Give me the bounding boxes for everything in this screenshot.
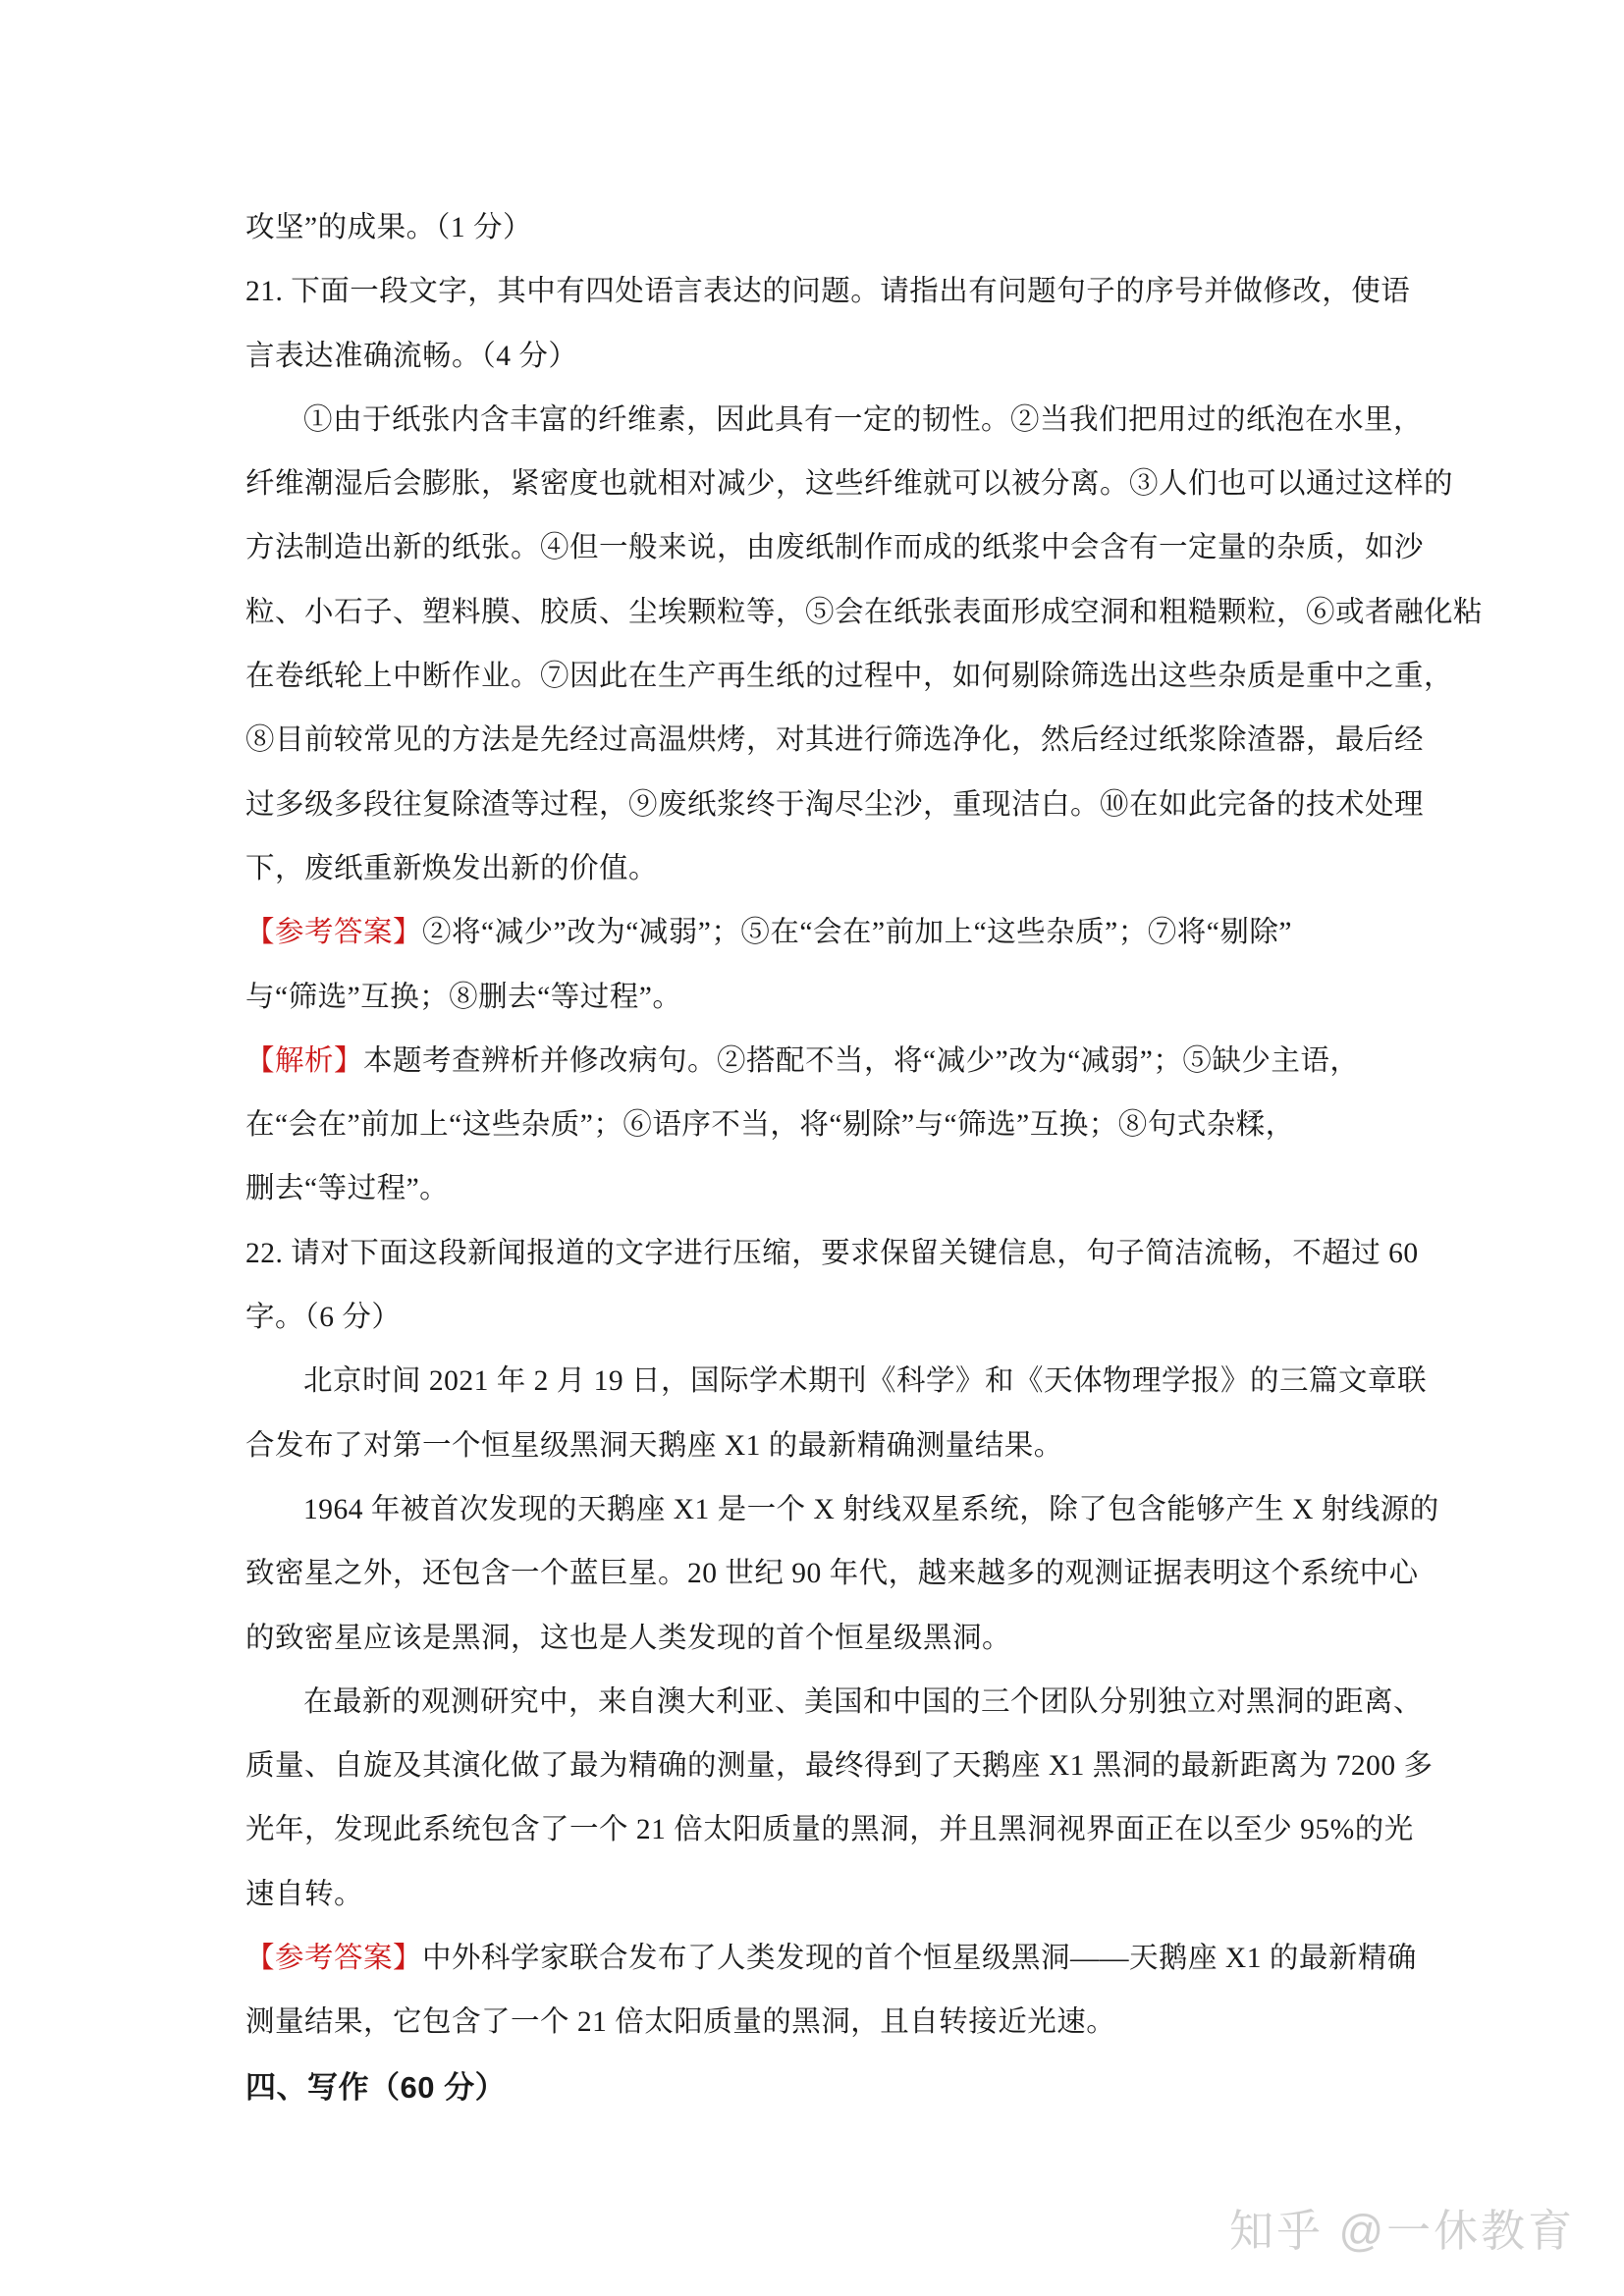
line-text: 在最新的观测研究中，来自澳大利亚、美国和中国的三个团队分别独立对黑洞的距离、 <box>303 1686 1423 1718</box>
text-line: ⑧目前较常见的方法是先经过高温烘烤，对其进行筛选净化，然后经过纸浆除渣器，最后经 <box>245 709 1438 773</box>
text-line: 方法制造出新的纸张。④但一般来说，由废纸制作而成的纸浆中会含有一定量的杂质，如沙 <box>245 516 1438 580</box>
text-line: 【参考答案】②将“减少”改为“减弱”；⑤在“会在”前加上“这些杂质”；⑦将“剔除… <box>245 901 1438 965</box>
line-text: 速自转。 <box>245 1879 363 1910</box>
text-line: 与“筛选”互换；⑧删去“等过程”。 <box>245 966 1438 1030</box>
text-line: 1964 年被首次发现的天鹅座 X1 是一个 X 射线双星系统，除了包含能够产生… <box>245 1478 1438 1542</box>
text-line: 致密星之外，还包含一个蓝巨星。20 世纪 90 年代，越来越多的观测证据表明这个… <box>245 1542 1438 1606</box>
line-text: 下，废纸重新焕发出新的价值。 <box>245 853 658 884</box>
answer-label: 【参考答案】 <box>245 917 422 948</box>
text-line: 北京时间 2021 年 2 月 19 日，国际学术期刊《科学》和《天体物理学报》… <box>245 1350 1438 1414</box>
line-text: 的致密星应该是黑洞，这也是人类发现的首个恒星级黑洞。 <box>245 1623 1011 1654</box>
text-line: 合发布了对第一个恒星级黑洞天鹅座 X1 的最新精确测量结果。 <box>245 1415 1438 1478</box>
line-text: ⑧目前较常见的方法是先经过高温烘烤，对其进行筛选净化，然后经过纸浆除渣器，最后经 <box>245 724 1424 756</box>
text-line: 下，废纸重新焕发出新的价值。 <box>245 837 1438 901</box>
text-line: 在“会在”前加上“这些杂质”；⑥语序不当，将“剔除”与“筛选”互换；⑧句式杂糅， <box>245 1094 1438 1157</box>
text-line: 质量、自旋及其演化做了最为精确的测量，最终得到了天鹅座 X1 黑洞的最新距离为 … <box>245 1735 1438 1798</box>
answer-label: 【参考答案】 <box>245 1943 422 1974</box>
line-text: 删去“等过程”。 <box>245 1173 449 1204</box>
line-text: 字。（6 分） <box>245 1302 401 1333</box>
line-text: 22. 请对下面这段新闻报道的文字进行压缩，要求保留关键信息，句子简洁流畅，不超… <box>245 1238 1419 1269</box>
line-text: 粒、小石子、塑料膜、胶质、尘埃颗粒等，⑤会在纸张表面形成空洞和粗糙颗粒，⑥或者融… <box>245 597 1483 628</box>
text-line: 在卷纸轮上中断作业。⑦因此在生产再生纸的过程中，如何剔除筛选出这些杂质是重中之重… <box>245 645 1438 709</box>
text-line: 攻坚”的成果。（1 分） <box>245 196 1438 260</box>
line-text: 攻坚”的成果。（1 分） <box>245 212 532 243</box>
line-text: 致密星之外，还包含一个蓝巨星。20 世纪 90 年代，越来越多的观测证据表明这个… <box>245 1558 1419 1589</box>
text-line: 在最新的观测研究中，来自澳大利亚、美国和中国的三个团队分别独立对黑洞的距离、 <box>245 1671 1438 1735</box>
text-line: 字。（6 分） <box>245 1286 1438 1350</box>
text-line: 测量结果，它包含了一个 21 倍太阳质量的黑洞，且自转接近光速。 <box>245 1991 1438 2055</box>
section-heading: 四、写作（60 分） <box>245 2056 1438 2119</box>
text-line: 的致密星应该是黑洞，这也是人类发现的首个恒星级黑洞。 <box>245 1607 1438 1671</box>
line-text: 纤维潮湿后会膨胀，紧密度也就相对减少，这些纤维就可以被分离。③人们也可以通过这样… <box>245 468 1453 500</box>
line-text: 言表达准确流畅。（4 分） <box>245 341 577 372</box>
text-line: 删去“等过程”。 <box>245 1157 1438 1221</box>
line-text: 与“筛选”互换；⑧删去“等过程”。 <box>245 982 681 1013</box>
text-line: 【参考答案】中外科学家联合发布了人类发现的首个恒星级黑洞——天鹅座 X1 的最新… <box>245 1927 1438 1991</box>
scanned-exam-page: 攻坚”的成果。（1 分）21. 下面一段文字，其中有四处语言表达的问题。请指出有… <box>0 0 1624 2296</box>
zhihu-watermark: 知乎 @一休教育 <box>1229 2195 1575 2259</box>
text-line: 过多级多段往复除渣等过程，⑨废纸浆终于淘尽尘沙，重现洁白。⑩在如此完备的技术处理 <box>245 774 1438 837</box>
line-text: 过多级多段往复除渣等过程，⑨废纸浆终于淘尽尘沙，重现洁白。⑩在如此完备的技术处理 <box>245 789 1424 821</box>
line-text: 合发布了对第一个恒星级黑洞天鹅座 X1 的最新精确测量结果。 <box>245 1430 1063 1462</box>
line-text: 方法制造出新的纸张。④但一般来说，由废纸制作而成的纸浆中会含有一定量的杂质，如沙 <box>245 532 1424 563</box>
text-line: 纤维潮湿后会膨胀，紧密度也就相对减少，这些纤维就可以被分离。③人们也可以通过这样… <box>245 453 1438 516</box>
text-line: 粒、小石子、塑料膜、胶质、尘埃颗粒等，⑤会在纸张表面形成空洞和粗糙颗粒，⑥或者融… <box>245 581 1438 645</box>
line-text: 质量、自旋及其演化做了最为精确的测量，最终得到了天鹅座 X1 黑洞的最新距离为 … <box>245 1750 1434 1782</box>
line-text: ①由于纸张内含丰富的纤维素，因此具有一定的韧性。②当我们把用过的纸泡在水里， <box>303 404 1423 436</box>
line-text: 北京时间 2021 年 2 月 19 日，国际学术期刊《科学》和《天体物理学报》… <box>303 1365 1427 1397</box>
document-lines: 攻坚”的成果。（1 分）21. 下面一段文字，其中有四处语言表达的问题。请指出有… <box>245 196 1438 2119</box>
line-text: 本题考查辨析并修改病句。②搭配不当，将“减少”改为“减弱”；⑤缺少主语， <box>363 1045 1359 1077</box>
answer-label: 【解析】 <box>245 1045 363 1077</box>
line-text: ②将“减少”改为“减弱”；⑤在“会在”前加上“这些杂质”；⑦将“剔除” <box>422 917 1292 948</box>
line-text: 光年，发现此系统包含了一个 21 倍太阳质量的黑洞，并且黑洞视界面正在以至少 9… <box>245 1814 1414 1845</box>
line-text: 四、写作（60 分） <box>245 2070 506 2105</box>
line-text: 中外科学家联合发布了人类发现的首个恒星级黑洞——天鹅座 X1 的最新精确 <box>422 1943 1417 1974</box>
text-line: 速自转。 <box>245 1863 1438 1927</box>
line-text: 1964 年被首次发现的天鹅座 X1 是一个 X 射线双星系统，除了包含能够产生… <box>303 1494 1439 1525</box>
text-line: 【解析】本题考查辨析并修改病句。②搭配不当，将“减少”改为“减弱”；⑤缺少主语， <box>245 1030 1438 1094</box>
line-text: 测量结果，它包含了一个 21 倍太阳质量的黑洞，且自转接近光速。 <box>245 2006 1115 2038</box>
text-line: ①由于纸张内含丰富的纤维素，因此具有一定的韧性。②当我们把用过的纸泡在水里， <box>245 389 1438 453</box>
line-text: 在卷纸轮上中断作业。⑦因此在生产再生纸的过程中，如何剔除筛选出这些杂质是重中之重… <box>245 661 1453 692</box>
text-line: 光年，发现此系统包含了一个 21 倍太阳质量的黑洞，并且黑洞视界面正在以至少 9… <box>245 1798 1438 1862</box>
text-line: 22. 请对下面这段新闻报道的文字进行压缩，要求保留关键信息，句子简洁流畅，不超… <box>245 1222 1438 1286</box>
line-text: 在“会在”前加上“这些杂质”；⑥语序不当，将“剔除”与“筛选”互换；⑧句式杂糅， <box>245 1109 1295 1141</box>
text-line: 言表达准确流畅。（4 分） <box>245 325 1438 389</box>
text-line: 21. 下面一段文字，其中有四处语言表达的问题。请指出有问题句子的序号并做修改，… <box>245 260 1438 324</box>
line-text: 21. 下面一段文字，其中有四处语言表达的问题。请指出有问题句子的序号并做修改，… <box>245 276 1410 307</box>
